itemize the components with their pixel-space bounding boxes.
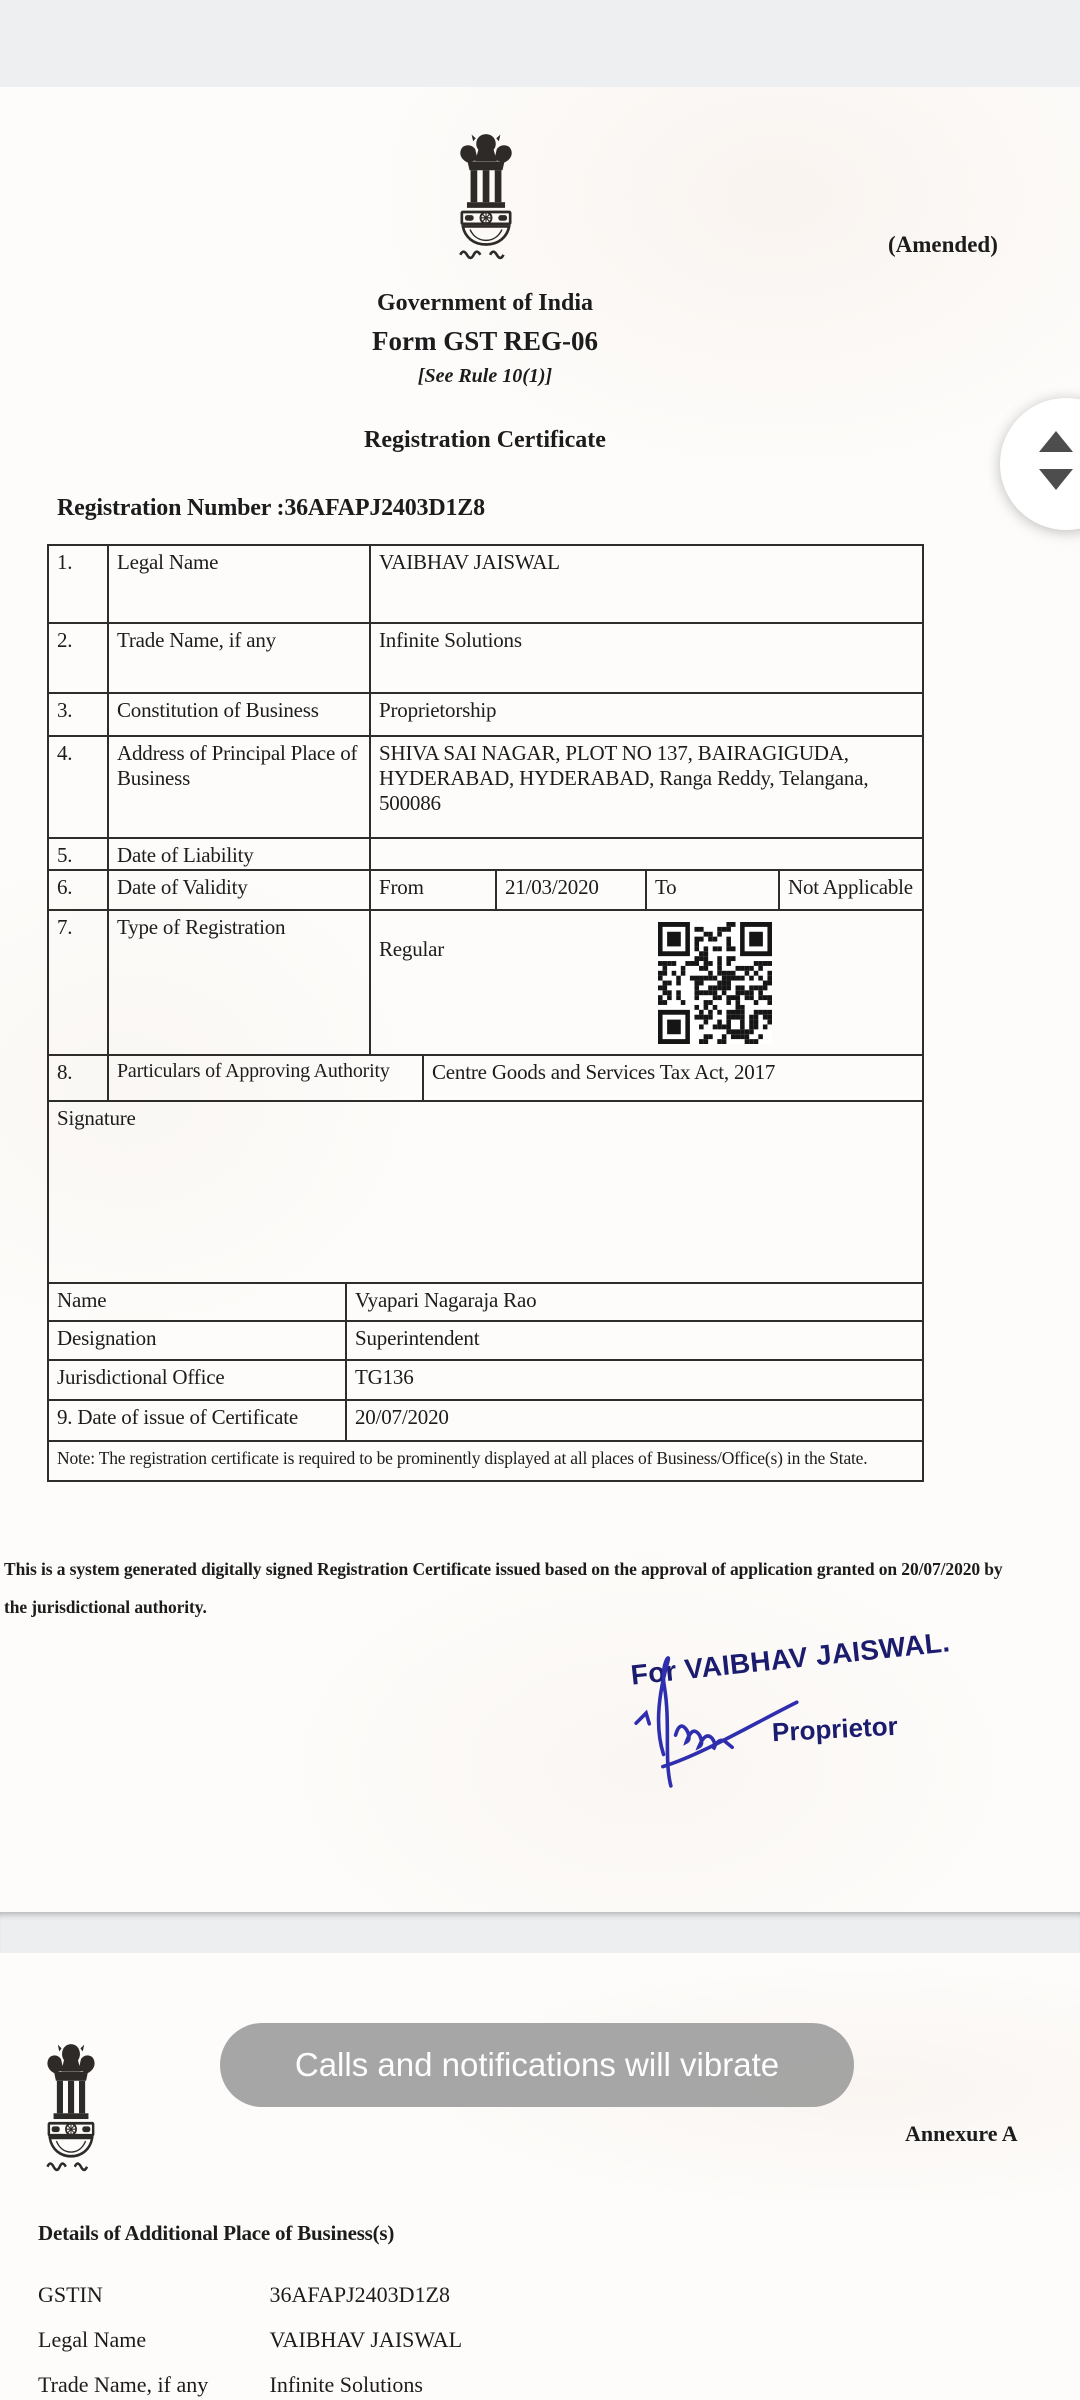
form-title: Form GST REG-06 — [0, 326, 970, 357]
validity-to-value: Not Applicable — [778, 871, 922, 909]
officer-row: Jurisdictional Office TG136 — [49, 1359, 922, 1399]
row-value — [369, 839, 922, 869]
officer-label: 9. Date of issue of Certificate — [49, 1401, 345, 1440]
proprietor-designation: Proprietor — [771, 1711, 898, 1749]
officer-label: Name — [49, 1284, 345, 1320]
row-value: VAIBHAV JAISWAL — [369, 546, 922, 622]
field-row-trade-name: Trade Name, if any Infinite Solutions — [38, 2372, 938, 2398]
system-generated-statement: This is a system generated digitally sig… — [4, 1550, 1076, 1626]
row-label: Particulars of Approving Authority — [107, 1056, 422, 1100]
officer-value: Vyapari Nagaraja Rao — [345, 1284, 922, 1320]
certificate-title: Registration Certificate — [0, 427, 970, 454]
officer-value: Superintendent — [345, 1322, 922, 1359]
table-row: 4. Address of Principal Place of Busines… — [49, 735, 922, 837]
scroll-down-icon[interactable] — [1039, 469, 1073, 490]
field-label: Trade Name, if any — [38, 2372, 264, 2398]
field-value: Infinite Solutions — [270, 2372, 423, 2398]
certificate-page-2-annexure: Annexure A Details of Additional Place o… — [0, 1953, 1080, 2400]
row-number: 1. — [49, 546, 107, 622]
officer-value: 20/07/2020 — [345, 1401, 922, 1440]
field-row-legal-name: Legal Name VAIBHAV JAISWAL — [38, 2327, 938, 2353]
table-row: 5. Date of Liability — [49, 837, 922, 869]
row-number: 5. — [49, 839, 107, 869]
note-text: Note: The registration certificate is re… — [49, 1442, 922, 1480]
certificate-table: 1. Legal Name VAIBHAV JAISWAL 2. Trade N… — [47, 544, 924, 1482]
officer-row: Designation Superintendent — [49, 1320, 922, 1359]
certificate-page-1: (Amended) Government of India Form GST R… — [0, 87, 1080, 1912]
officer-label: Designation — [49, 1322, 345, 1359]
statement-line-2: the jurisdictional authority. — [4, 1588, 1076, 1626]
field-label: Legal Name — [38, 2327, 264, 2353]
row-number: 4. — [49, 737, 107, 837]
table-row: 3. Constitution of Business Proprietorsh… — [49, 692, 922, 735]
officer-row: 9. Date of issue of Certificate 20/07/20… — [49, 1399, 922, 1440]
row-value: Infinite Solutions — [369, 624, 922, 692]
india-national-emblem-icon — [450, 131, 522, 261]
row-label: Date of Liability — [107, 839, 369, 869]
field-value: 36AFAPJ2403D1Z8 — [270, 2282, 451, 2308]
field-row-gstin: GSTIN 36AFAPJ2403D1Z8 — [38, 2282, 938, 2308]
toast-message: Calls and notifications will vibrate — [295, 2046, 779, 2084]
table-row-type-of-registration: 7. Type of Registration Regular — [49, 909, 922, 1054]
officer-value: TG136 — [345, 1361, 922, 1399]
row-number: 8. — [49, 1056, 107, 1100]
qr-code — [658, 922, 772, 1044]
row-label: Trade Name, if any — [107, 624, 369, 692]
note-row: Note: The registration certificate is re… — [49, 1440, 922, 1480]
field-value: VAIBHAV JAISWAL — [270, 2327, 463, 2353]
government-of-india-title: Government of India — [0, 290, 970, 317]
validity-to-label: To — [645, 871, 778, 909]
officer-row: Name Vyapari Nagaraja Rao — [49, 1282, 922, 1320]
validity-from-label: From — [369, 871, 495, 909]
row-label: Legal Name — [107, 546, 369, 622]
document-viewer-screen[interactable]: (Amended) Government of India Form GST R… — [0, 0, 1080, 2400]
row-label: Type of Registration — [107, 911, 369, 1054]
table-row: 2. Trade Name, if any Infinite Solutions — [49, 622, 922, 692]
registration-number: Registration Number :36AFAPJ2403D1Z8 — [57, 495, 485, 522]
rule-reference: [See Rule 10(1)] — [0, 365, 970, 388]
statement-line-1: This is a system generated digitally sig… — [4, 1550, 1076, 1588]
row-number: 3. — [49, 694, 107, 735]
additional-place-heading: Details of Additional Place of Business(… — [38, 2221, 394, 2246]
table-row-approving-authority: 8. Particulars of Approving Authority Ce… — [49, 1054, 922, 1100]
row-number: 6. — [49, 871, 107, 909]
signature-label: Signature — [49, 1102, 922, 1282]
vibrate-toast: Calls and notifications will vibrate — [220, 2023, 854, 2107]
annexure-label: Annexure A — [905, 2121, 1018, 2147]
row-value: SHIVA SAI NAGAR, PLOT NO 137, BAIRAGIGUD… — [369, 737, 922, 837]
india-national-emblem-icon — [38, 2041, 104, 2173]
validity-from-date: 21/03/2020 — [495, 871, 645, 909]
scroll-up-icon[interactable] — [1039, 431, 1073, 452]
row-number: 7. — [49, 911, 107, 1054]
row-value: Regular — [369, 911, 922, 1054]
row-value: Centre Goods and Services Tax Act, 2017 — [422, 1056, 922, 1100]
table-row: 1. Legal Name VAIBHAV JAISWAL — [49, 546, 922, 622]
row-value: Proprietorship — [369, 694, 922, 735]
row-label: Date of Validity — [107, 871, 369, 909]
row-label: Address of Principal Place of Business — [107, 737, 369, 837]
table-row-date-of-validity: 6. Date of Validity From 21/03/2020 To N… — [49, 869, 922, 909]
amended-tag: (Amended) — [888, 232, 998, 258]
row-number: 2. — [49, 624, 107, 692]
row-label: Constitution of Business — [107, 694, 369, 735]
registration-type-value: Regular — [379, 915, 914, 962]
status-bar-area — [0, 0, 1080, 87]
page-separator — [0, 1912, 1080, 1953]
signature-box: Signature — [49, 1100, 922, 1282]
field-label: GSTIN — [38, 2282, 264, 2308]
officer-label: Jurisdictional Office — [49, 1361, 345, 1399]
